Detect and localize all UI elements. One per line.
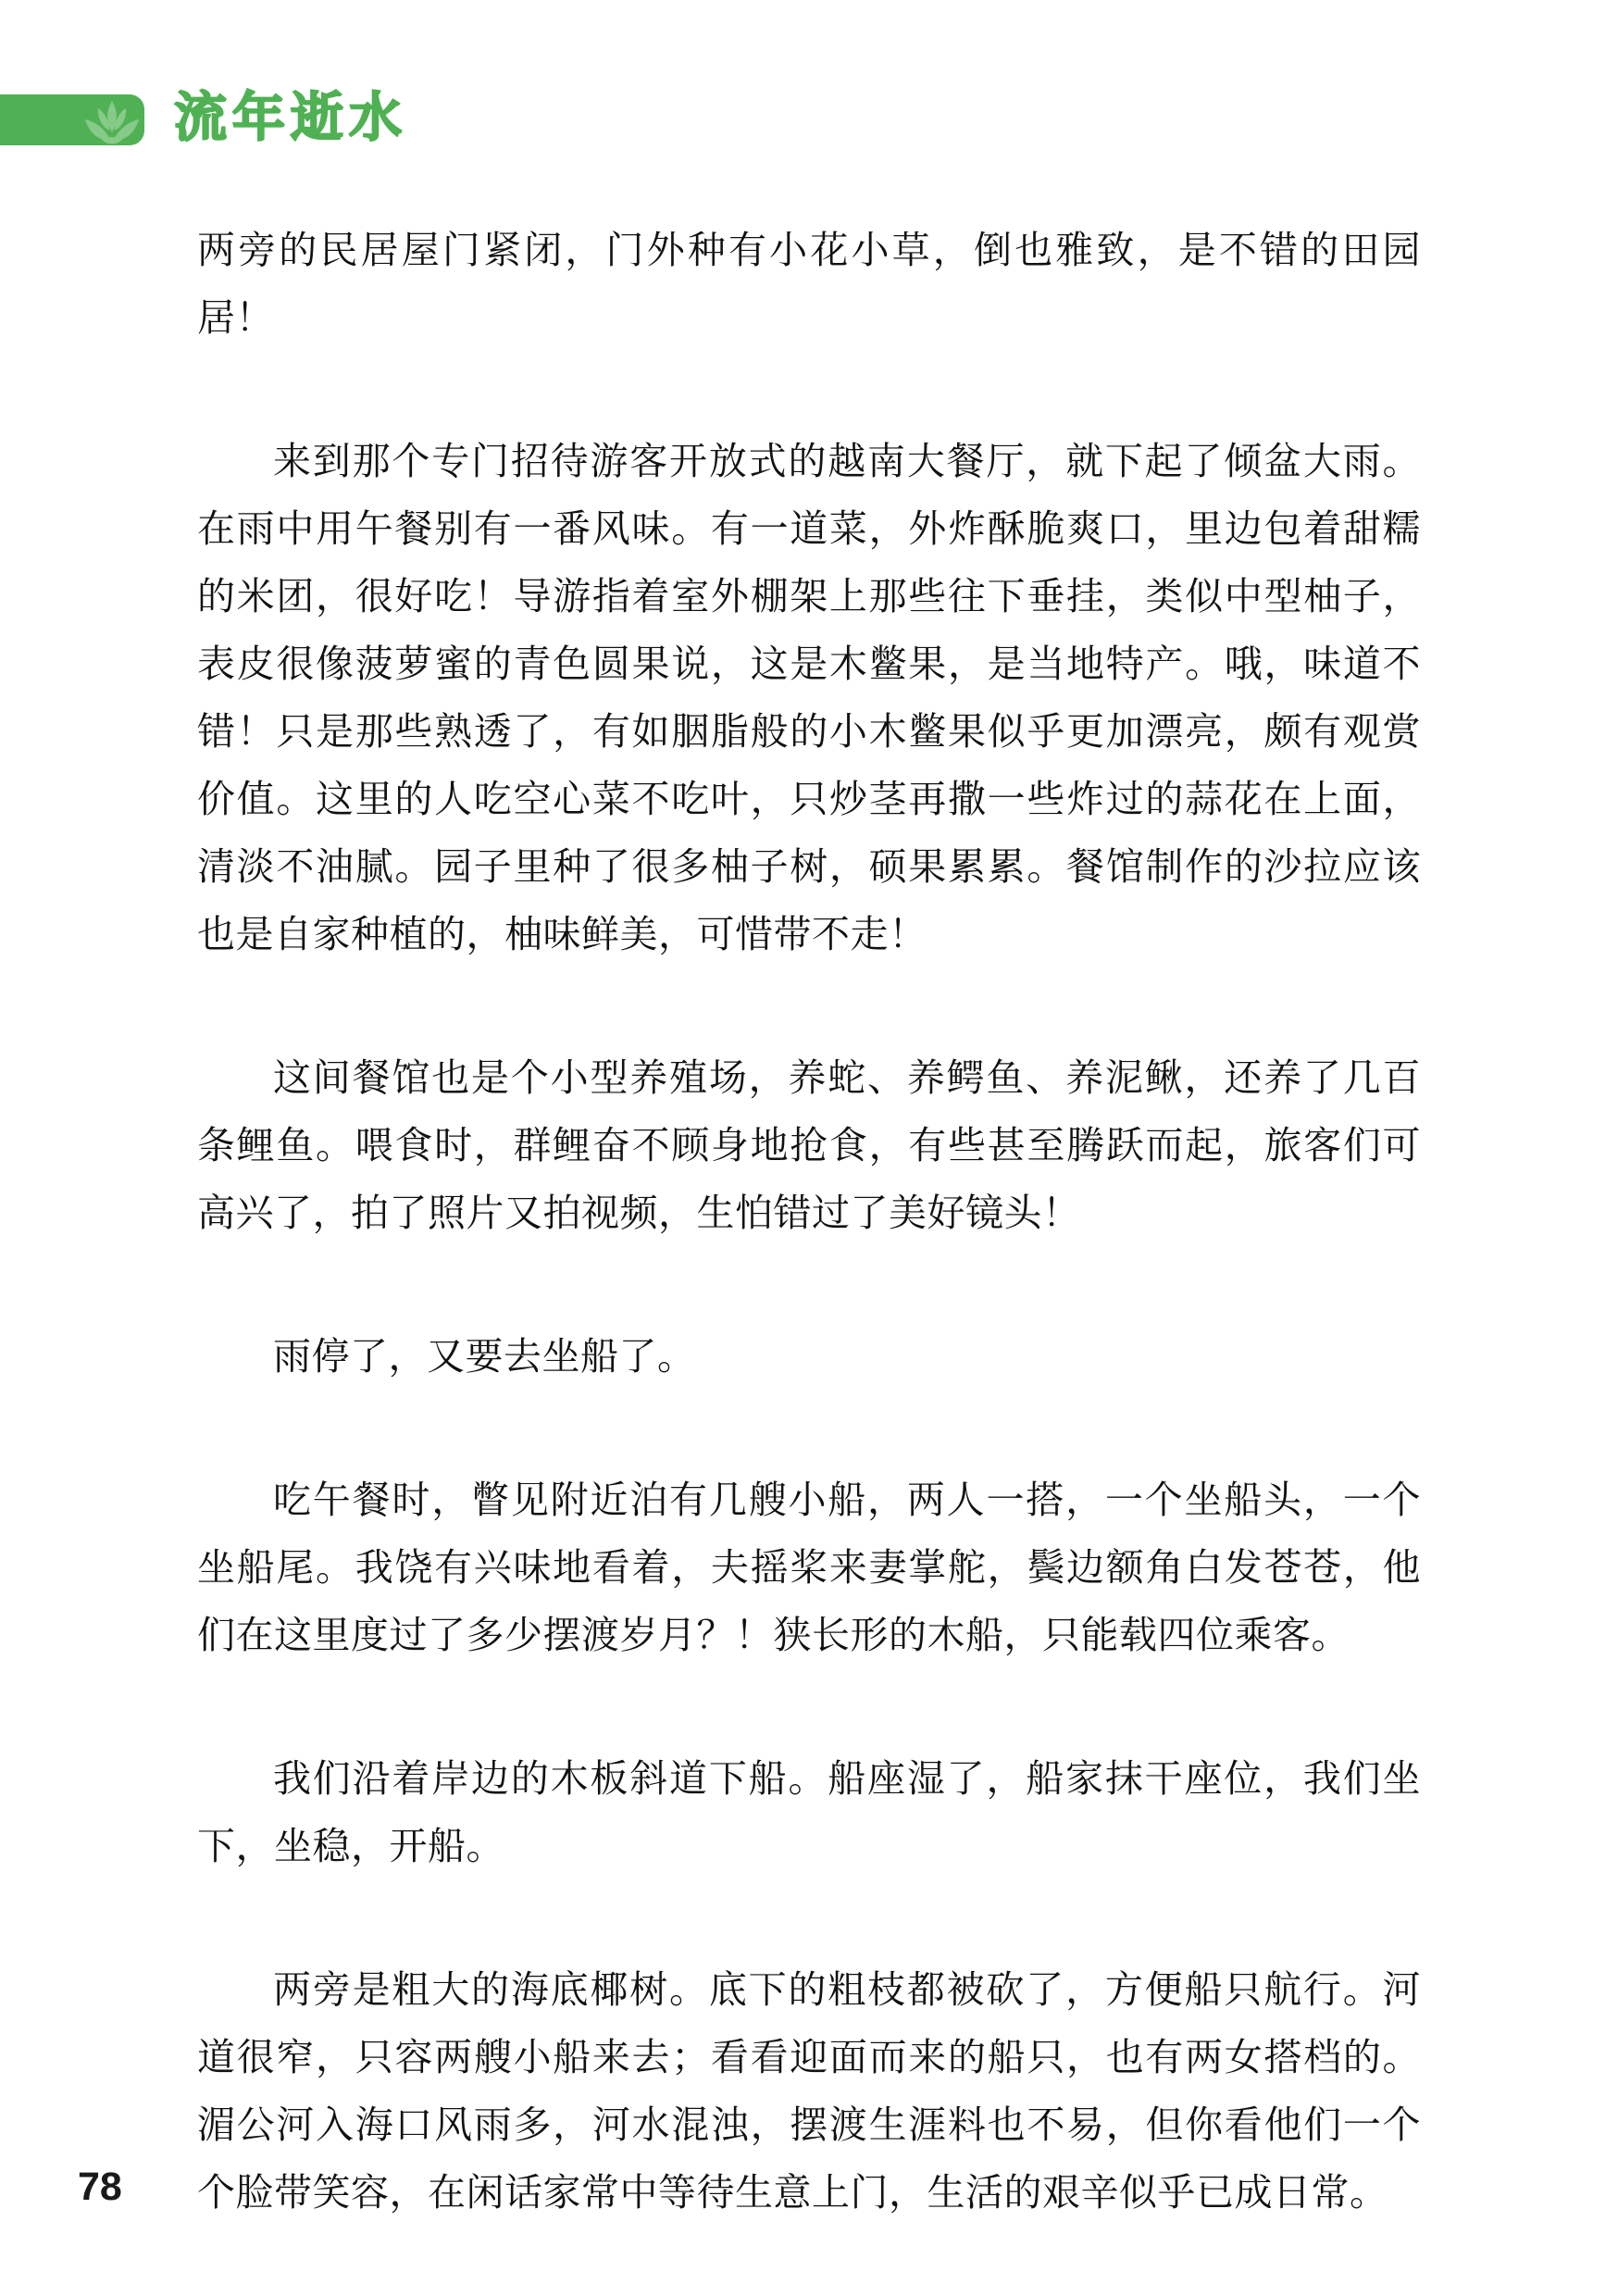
- body-paragraph: 两旁的民居屋门紧闭，门外种有小花小草，倒也雅致，是不错的田园居！: [197, 217, 1421, 352]
- body-paragraph: 这间餐馆也是个小型养殖场，养蛇、养鳄鱼、养泥鳅，还养了几百条鲤鱼。喂食时，群鲤奋…: [197, 1044, 1421, 1247]
- lotus-icon: [81, 99, 143, 145]
- body-paragraph: 两旁是粗大的海底椰树。底下的粗枝都被砍了，方便船只航行。河道很窄，只容两艘小船来…: [197, 1956, 1421, 2227]
- body-paragraph: 吃午餐时，瞥见附近泊有几艘小船，两人一搭，一个坐船头，一个坐船尾。我饶有兴味地看…: [197, 1466, 1421, 1669]
- body-text: 两旁的民居屋门紧闭，门外种有小花小草，倒也雅致，是不错的田园居！ 来到那个专门招…: [197, 217, 1421, 2296]
- book-page: 流年逝水 两旁的民居屋门紧闭，门外种有小花小草，倒也雅致，是不错的田园居！ 来到…: [0, 0, 1618, 2296]
- body-paragraph: 我们沿着岸边的木板斜道下船。船座湿了，船家抹干座位，我们坐下，坐稳，开船。: [197, 1745, 1421, 1880]
- section-title: 流年逝水: [174, 89, 407, 146]
- body-paragraph: 来到那个专门招待游客开放式的越南大餐厅，就下起了倾盆大雨。在雨中用午餐别有一番风…: [197, 428, 1421, 968]
- header-tab: [0, 94, 144, 145]
- page-number: 78: [78, 2165, 122, 2210]
- body-paragraph: 雨停了，又要去坐船了。: [197, 1323, 1421, 1391]
